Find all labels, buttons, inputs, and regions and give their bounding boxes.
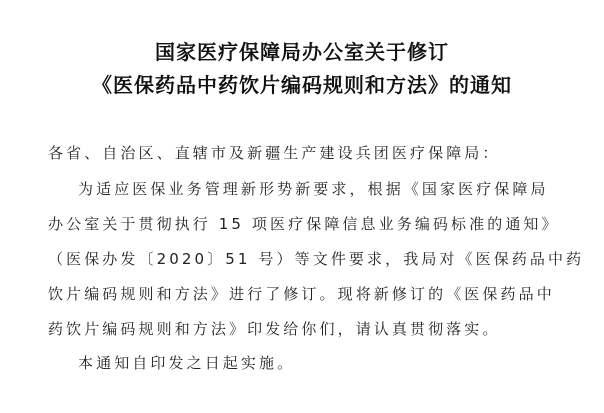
paragraph-1-line-1: 为适应医保业务管理新形势新要求，根据《国家医疗保障局 <box>78 178 598 199</box>
document-title-line-1: 国家医疗保障局办公室关于修订 <box>0 36 604 65</box>
document-title-line-2: 《医保药品中药饮片编码规则和方法》的通知 <box>0 69 604 98</box>
paragraph-1-line-2: 办公室关于贯彻执行 15 项医疗保障信息业务编码标准的通知》 <box>48 213 568 234</box>
document-page: 国家医疗保障局办公室关于修订 《医保药品中药饮片编码规则和方法》的通知 各省、自… <box>0 0 604 413</box>
paragraph-2: 本通知自印发之日起实施。 <box>78 352 598 373</box>
paragraph-1-line-3: （医保办发〔2020〕51 号）等文件要求，我局对《医保药品中药 <box>48 248 568 269</box>
salutation: 各省、自治区、直辖市及新疆生产建设兵团医疗保障局： <box>48 142 568 163</box>
paragraph-1-line-5: 药饮片编码规则和方法》印发给你们，请认真贯彻落实。 <box>48 318 568 339</box>
paragraph-1-line-4: 饮片编码规则和方法》进行了修订。现将新修订的《医保药品中 <box>48 283 568 304</box>
